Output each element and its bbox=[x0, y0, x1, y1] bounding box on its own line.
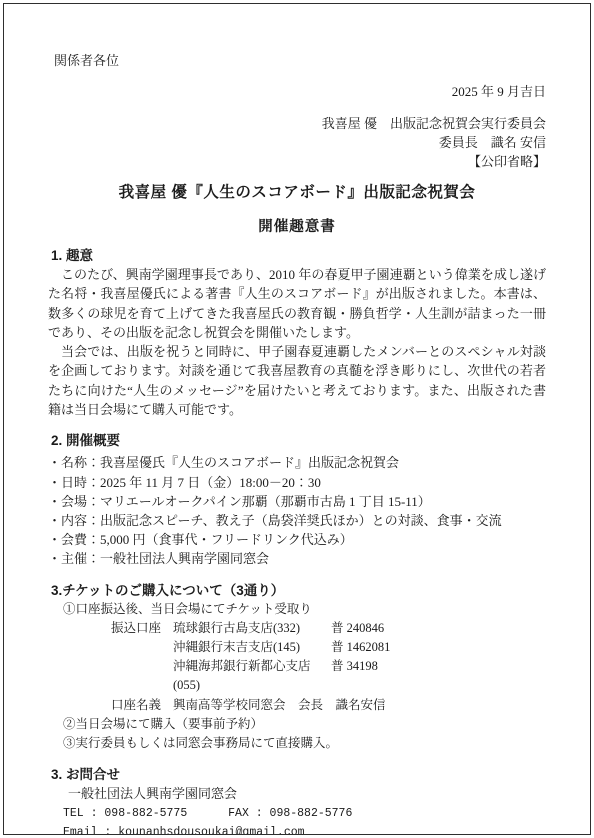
overview-list: ・名称：我喜屋優氏『人生のスコアボード』出版記念祝賀会 ・日時：2025 年 1… bbox=[48, 453, 546, 568]
transfer-account-label-spacer bbox=[111, 638, 173, 657]
section-overview-heading: 2. 開催概要 bbox=[51, 431, 546, 450]
section-tickets-heading: 3.チケットのご購入について（3通り） bbox=[51, 581, 546, 600]
section-tickets: 3.チケットのご購入について（3通り） ①口座振込後、当日会場にてチケット受取り… bbox=[48, 581, 546, 754]
page-title: 我喜屋 優『人生のスコアボード』出版記念祝賀会 bbox=[48, 180, 546, 202]
document-sheet: 関係者各位 2025 年 9 月吉日 我喜屋 優 出版記念祝賀会実行委員会 委員… bbox=[3, 3, 591, 835]
section-purpose-heading: 1. 趣意 bbox=[51, 246, 546, 265]
contact-organization: 一般社団法人興南学園同窓会 bbox=[68, 784, 546, 804]
transfer-account-label-spacer bbox=[111, 657, 173, 695]
account-holder-name: 興南高等学校同窓会 会長 識名安信 bbox=[173, 696, 546, 715]
bank-account-row: 沖縄海邦銀行新都心支店(055) 普 34198 bbox=[111, 657, 546, 695]
sender-chairman: 委員長 識名 安信 bbox=[48, 133, 546, 152]
overview-item-venue: ・会場：マリエールオークパイン那覇（那覇市古島 1 丁目 15-11） bbox=[48, 492, 546, 511]
purpose-paragraph-2: 当会では、出版を祝うと同時に、甲子園春夏連覇したメンバーとのスペシャル対談を企画… bbox=[48, 342, 546, 419]
purpose-paragraph-1: このたび、興南学園理事長であり、2010 年の春夏甲子園連覇という偉業を成し遂げ… bbox=[48, 265, 546, 342]
account-number: 普 34198 bbox=[331, 657, 546, 695]
sender-committee: 我喜屋 優 出版記念祝賀会実行委員会 bbox=[48, 114, 546, 133]
overview-item-organizer: ・主催：一般社団法人興南学園同窓会 bbox=[48, 549, 546, 568]
contact-tel: TEL : 098-882-5775 bbox=[63, 807, 187, 820]
bank-account-row: 振込口座 琉球銀行古島支店(332) 普 240846 bbox=[111, 619, 546, 638]
ticket-method-2: ②当日会場にて購入（要事前予約） bbox=[63, 715, 546, 734]
date-line: 2025 年 9 月吉日 bbox=[48, 81, 546, 100]
account-number: 普 1462081 bbox=[331, 638, 546, 657]
recipient-line: 関係者各位 bbox=[54, 50, 546, 69]
section-contact: 3. お問合せ 一般社団法人興南学園同窓会 TEL : 098-882-5775… bbox=[48, 765, 546, 835]
contact-tel-fax-line: TEL : 098-882-5775 FAX : 098-882-5776 bbox=[63, 804, 546, 824]
account-holder-row: 口座名義 興南高等学校同窓会 会長 識名安信 bbox=[111, 696, 546, 715]
bank-name: 琉球銀行古島支店(332) bbox=[173, 619, 331, 638]
seal-omitted-note: 【公印省略】 bbox=[48, 152, 546, 171]
section-contact-heading: 3. お問合せ bbox=[51, 765, 546, 784]
ticket-method-1: ①口座振込後、当日会場にてチケット受取り bbox=[63, 600, 546, 619]
account-holder-label: 口座名義 bbox=[111, 696, 173, 715]
section-purpose: 1. 趣意 このたび、興南学園理事長であり、2010 年の春夏甲子園連覇という偉… bbox=[48, 246, 546, 419]
section-overview: 2. 開催概要 ・名称：我喜屋優氏『人生のスコアボード』出版記念祝賀会 ・日時：… bbox=[48, 431, 546, 568]
overview-item-name: ・名称：我喜屋優氏『人生のスコアボード』出版記念祝賀会 bbox=[48, 453, 546, 472]
overview-item-contents: ・内容：出版記念スピーチ、教え子（島袋洋奨氏ほか）との対談、食事・交流 bbox=[48, 511, 546, 530]
sender-block: 我喜屋 優 出版記念祝賀会実行委員会 委員長 識名 安信 【公印省略】 bbox=[48, 114, 546, 171]
contact-email: Email : kounanhsdousoukai@gmail.com bbox=[63, 823, 546, 835]
ticket-method-3: ③実行委員もしくは同窓会事務局にて直接購入。 bbox=[63, 734, 546, 753]
document-page: 関係者各位 2025 年 9 月吉日 我喜屋 優 出版記念祝賀会実行委員会 委員… bbox=[0, 0, 594, 838]
bank-name: 沖縄銀行末吉支店(145) bbox=[173, 638, 331, 657]
transfer-account-label: 振込口座 bbox=[111, 619, 173, 638]
overview-item-datetime: ・日時：2025 年 11 月 7 日（金）18:00－20：30 bbox=[48, 473, 546, 492]
contact-fax: FAX : 098-882-5776 bbox=[228, 807, 352, 820]
overview-item-fee: ・会費：5,000 円（食事代・フリードリンク代込み） bbox=[48, 530, 546, 549]
page-subtitle: 開催趣意書 bbox=[48, 215, 546, 236]
bank-name: 沖縄海邦銀行新都心支店(055) bbox=[173, 657, 331, 695]
bank-account-row: 沖縄銀行末吉支店(145) 普 1462081 bbox=[111, 638, 546, 657]
account-number: 普 240846 bbox=[331, 619, 546, 638]
